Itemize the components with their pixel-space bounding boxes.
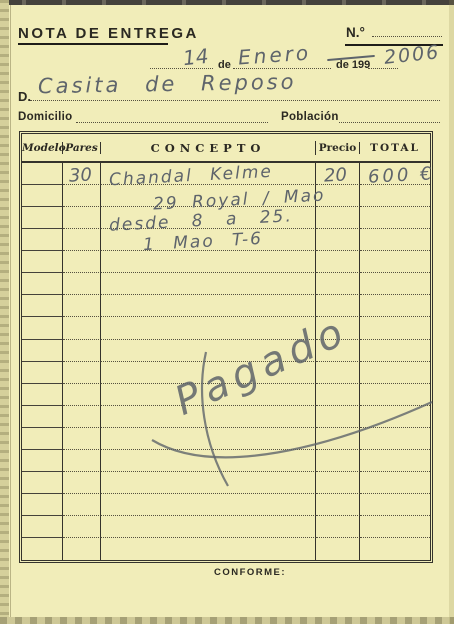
table-empty-row [22,406,430,428]
cell-total [360,185,430,207]
cell-pares: 30 [63,163,101,185]
table-row: 29 Royal / Mao [22,185,430,207]
table-empty-row [22,516,430,538]
cell-pares [63,185,101,207]
scan-edge-left [0,0,9,624]
table-empty-row [22,428,430,450]
table-header-row: Modelo Pares CONCEPTO Precio TOTAL [22,134,430,163]
cell-modelo [22,185,63,207]
conforme-label: CONFORME: [170,567,330,578]
cell-pares [63,229,101,251]
domicilio-label: Domicilio [18,111,72,123]
table-empty-row [22,472,430,494]
recipient-blank-line [30,99,440,101]
table-row: 1 Mao T-6 [22,229,430,251]
handwritten-pares: 30 [68,164,92,186]
table-empty-row [22,251,430,273]
handwritten-total: 600 € [367,163,435,187]
title-underline [18,43,168,45]
handwritten-year: 2006 [383,43,441,68]
header-precio: Precio [316,142,360,154]
cell-total [360,229,430,251]
items-table: Modelo Pares CONCEPTO Precio TOTAL 30 Ch… [19,131,433,563]
handwritten-day: 14 [182,46,209,69]
handwritten-precio: 20 [323,164,347,186]
cell-modelo [22,163,63,185]
table-row: desde 8 a 25. [22,207,430,229]
date-of-label: de [218,59,231,71]
scan-edge-right [449,0,454,624]
cell-concepto: Chandal Kelme [101,163,316,185]
header-modelo: Modelo [22,142,63,154]
delivery-note-document: NOTA DE ENTREGA N.° 14 de Enero de 199 2… [0,0,454,624]
cell-concepto: 1 Mao T-6 [101,229,316,251]
number-label: N.° [346,25,365,40]
table-empty-row [22,450,430,472]
header-pares: Pares [63,142,101,154]
paper-fold-line [10,5,11,624]
table-empty-row [22,538,430,560]
cell-precio [316,207,360,229]
cell-pares [63,207,101,229]
poblacion-blank-line [339,121,440,123]
cell-concepto: desde 8 a 25. [101,207,316,229]
cell-precio [316,229,360,251]
scan-edge-top [0,0,454,5]
document-title: NOTA DE ENTREGA [18,25,199,42]
scan-edge-bottom [0,617,454,624]
cell-modelo [22,207,63,229]
handwritten-month: Enero [237,42,311,67]
header-concepto: CONCEPTO [101,141,316,155]
cell-modelo [22,229,63,251]
domicilio-blank-line [76,121,268,123]
handwritten-recipient-name: Casita de Reposo [38,72,297,98]
number-blank-line [372,35,442,37]
header-total: TOTAL [360,142,430,154]
poblacion-label: Población [281,111,339,123]
table-row: 30 Chandal Kelme 20 600 € [22,163,430,185]
recipient-label: D. [18,89,31,104]
cell-concepto: 29 Royal / Mao [101,185,316,207]
table-empty-row [22,494,430,516]
cell-total [360,207,430,229]
cell-precio [316,185,360,207]
cell-total: 600 € [360,163,430,185]
year-prefix-label: de 199 [336,59,370,71]
cell-precio: 20 [316,163,360,185]
